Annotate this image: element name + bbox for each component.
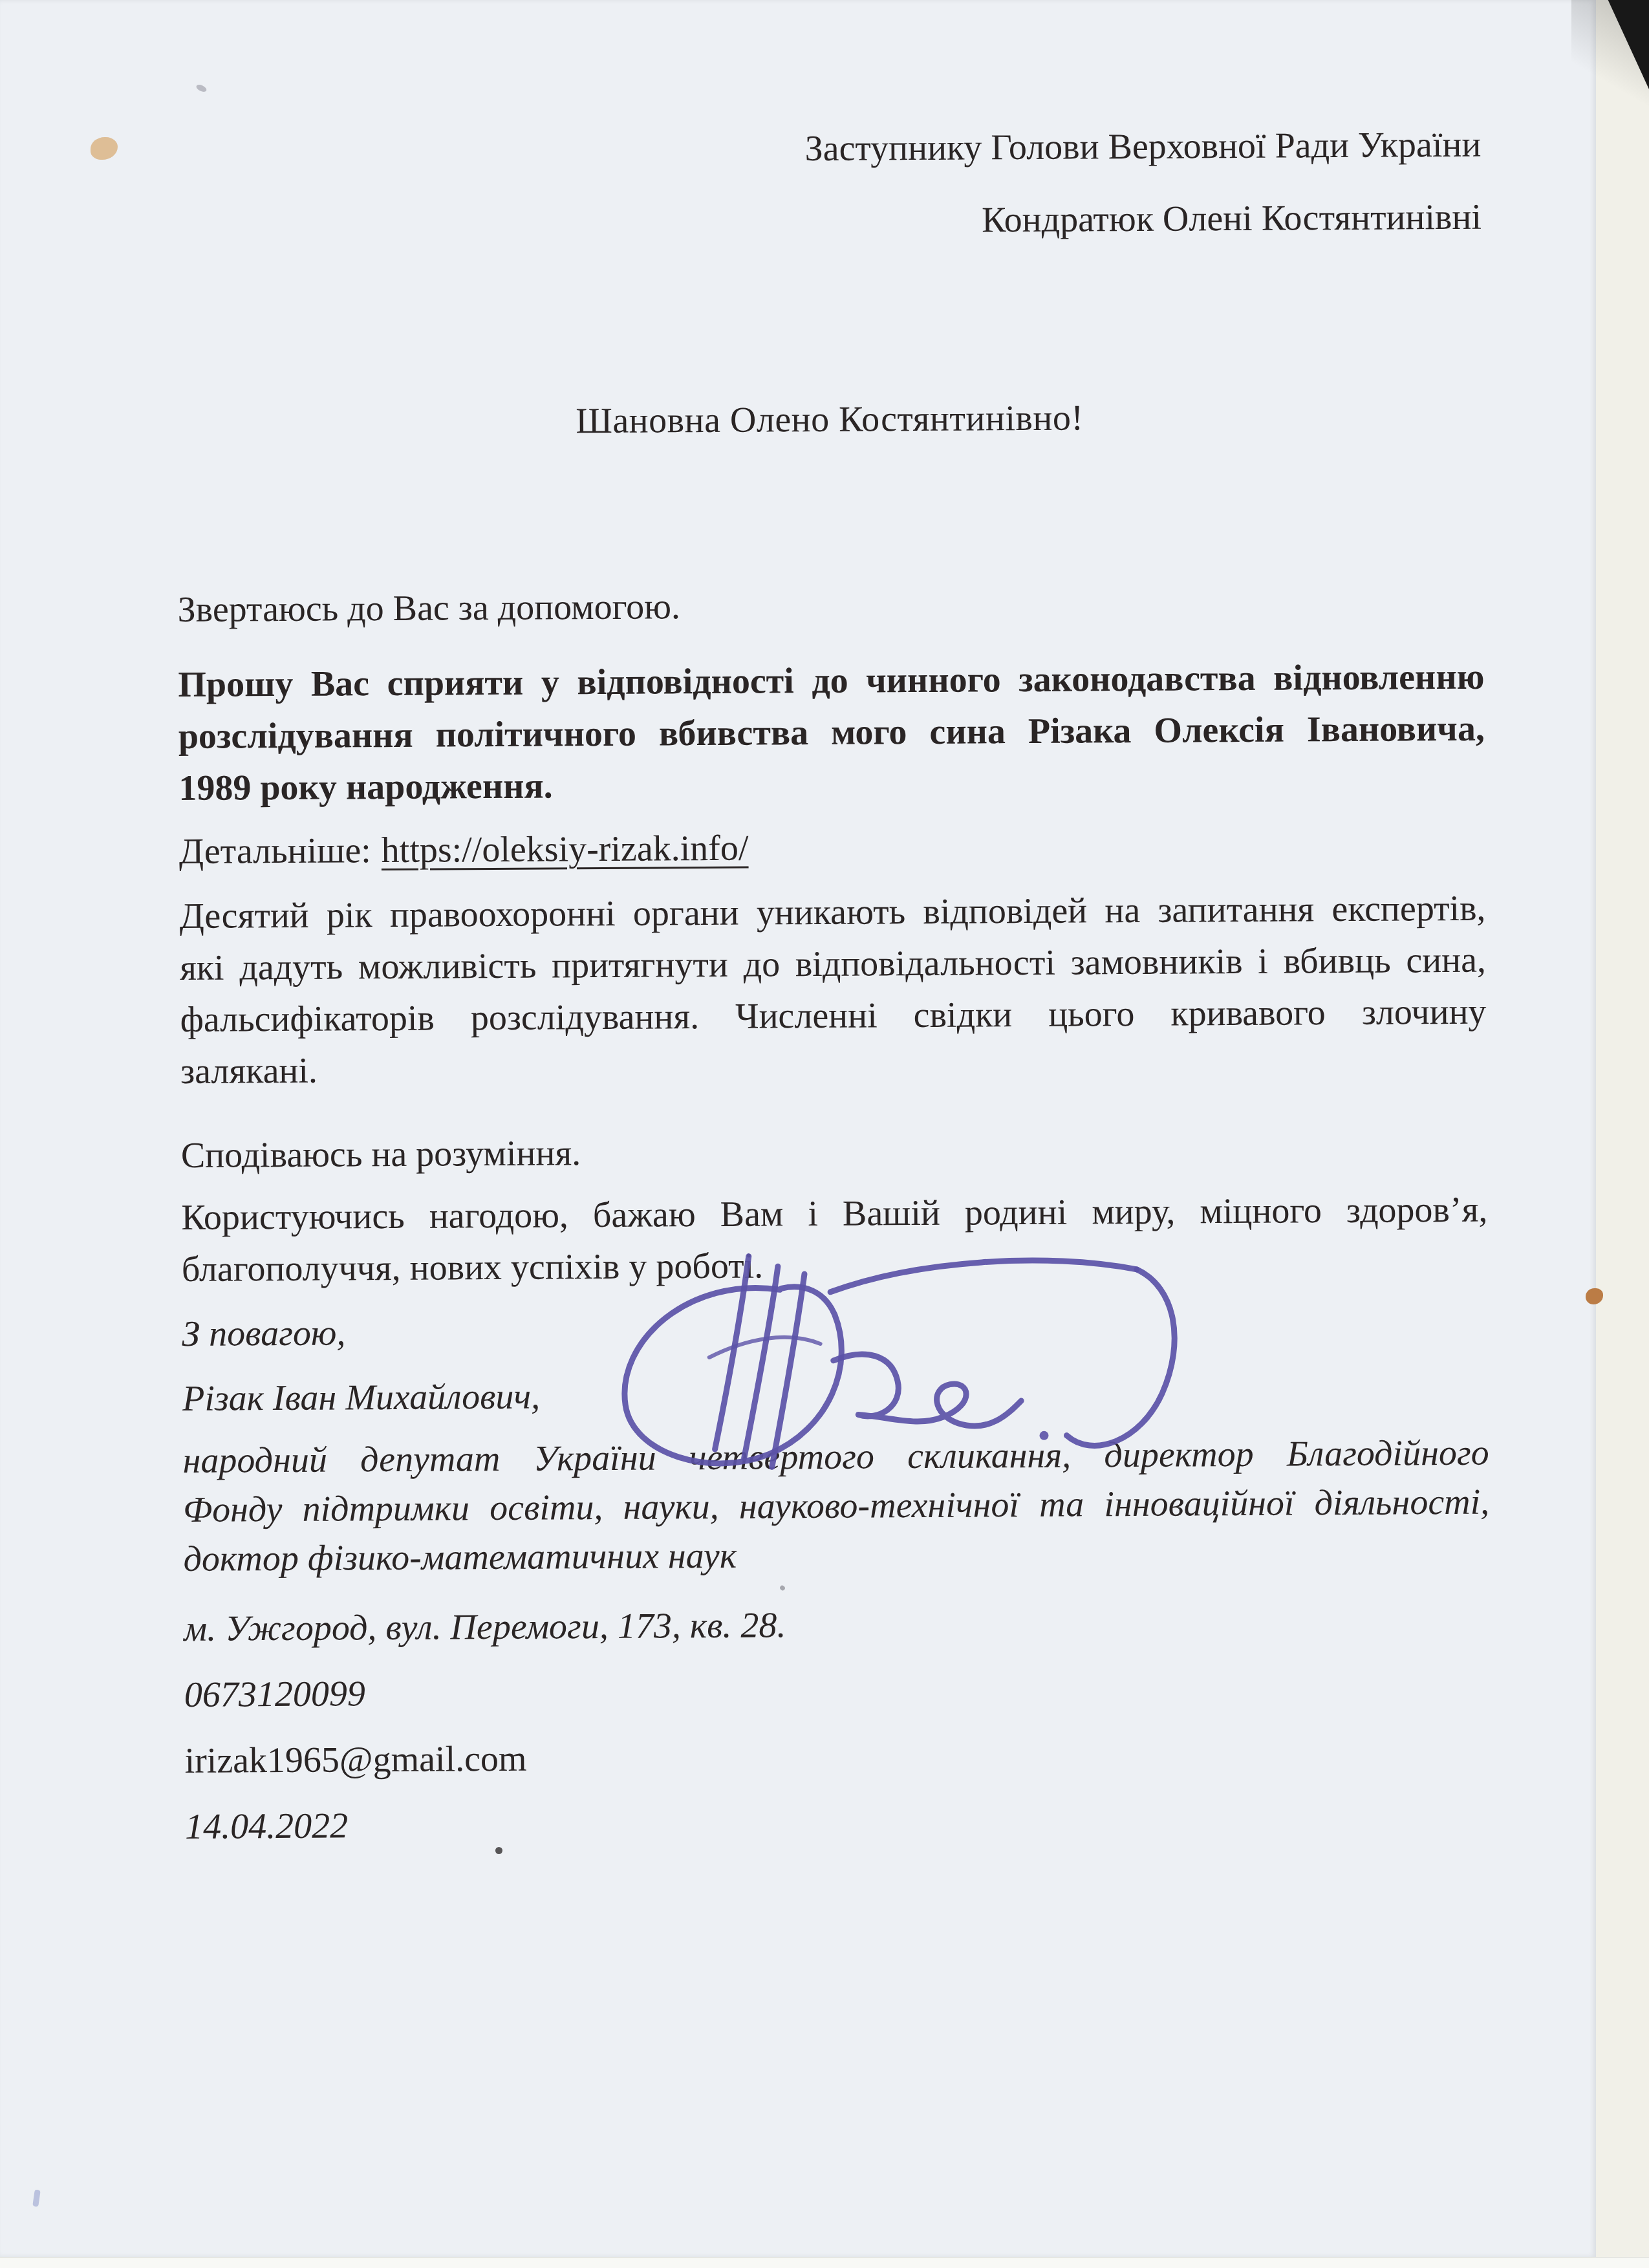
salutation: Шановна Олено Костянтинівно! (177, 390, 1483, 449)
request-line: 1989 року народження. (178, 755, 1485, 814)
request-line: розслідування політичного вбивства мого … (178, 703, 1485, 762)
body-line: фальсифікаторів розслідування. Численні … (180, 986, 1486, 1046)
body-line: Десятий рік правоохоронні органи уникают… (179, 883, 1485, 942)
signer-title-line: Фонду підтримки освіти, науки, науково-т… (183, 1478, 1489, 1535)
scanned-letter-page: Заступнику Голови Верховної Ради України… (0, 0, 1649, 2268)
paragraph-details: Детальніше:https://oleksiy-rizak.info/ (179, 818, 1485, 878)
scan-bottom-edge (0, 2257, 1649, 2268)
phone-line: 0673120099 (184, 1661, 1491, 1721)
recipient-line-2: Кондратюк Олені Костянтинівні (175, 181, 1482, 261)
request-line: Прошу Вас сприяти у відповідності до чин… (178, 651, 1484, 711)
signer-name: Різак Іван Михайлович, (182, 1365, 1489, 1425)
body-line: які дадуть можливість притягнути до відп… (180, 934, 1486, 994)
paragraph-request: Прошу Вас сприяти у відповідності до чин… (178, 651, 1485, 814)
signer-title-line: народний депутат України четвертого скли… (182, 1429, 1489, 1485)
paragraph-appeal: Звертаюсь до Вас за допомогою. (177, 576, 1483, 636)
address-line: м. Ужгород, вул. Перемоги, 173, кв. 28. (184, 1595, 1490, 1655)
paragraph-body: Десятий рік правоохоронні органи уникают… (179, 883, 1487, 1097)
signer-title-line: доктор фізико-математичних наук (183, 1527, 1489, 1584)
recipient-block: Заступнику Голови Верховної Ради України… (175, 109, 1482, 261)
closing: З повагою, (182, 1301, 1488, 1360)
scanner-corner-mark (1602, 0, 1649, 89)
date-line: 14.04.2022 (185, 1793, 1491, 1853)
letter-content: Заступнику Голови Верховної Ради України… (175, 109, 1491, 1853)
paragraph-wishes: Користуючись нагодою, бажаю Вам і Вашій … (181, 1184, 1488, 1295)
details-label: Детальніше: (179, 830, 371, 872)
email-line: irizak1965@gmail.com (184, 1727, 1491, 1787)
signer-title-block: народний депутат України четвертого скли… (182, 1429, 1489, 1584)
recipient-line-1: Заступнику Голови Верховної Ради України (175, 109, 1482, 189)
wishes-line: Користуючись нагодою, бажаю Вам і Вашій … (181, 1184, 1487, 1244)
wishes-line: благополуччя, нових успіхів у роботі. (182, 1236, 1488, 1295)
body-line: залякані. (180, 1038, 1487, 1097)
paragraph-hope: Сподіваюсь на розуміння. (181, 1122, 1487, 1182)
details-url: https://oleksiy-rizak.info/ (382, 828, 749, 870)
